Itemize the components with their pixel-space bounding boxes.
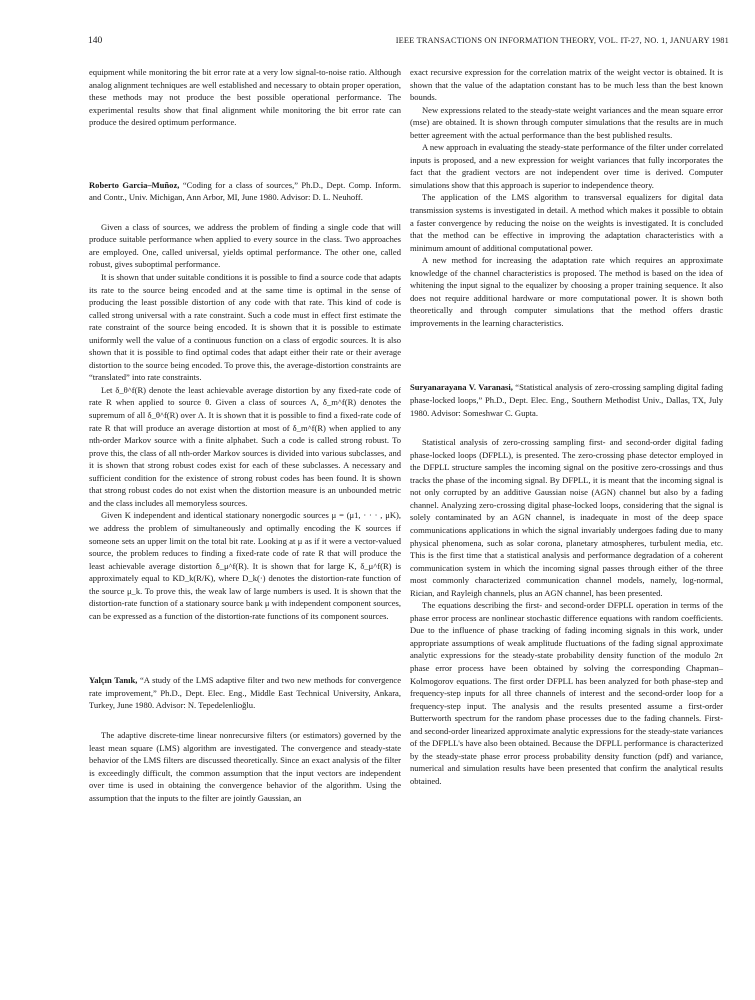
abstract-paragraph: Statistical analysis of zero-crossing sa… [410, 436, 723, 599]
author-name: Yalçın Tanık, [89, 675, 137, 685]
abstract-paragraph: A new approach in evaluating the steady-… [410, 141, 723, 191]
continuation-paragraph: equipment while monitoring the bit error… [89, 66, 401, 129]
abstract-citation: Yalçın Tanık, “A study of the LMS adapti… [89, 674, 401, 712]
abstract-paragraph: Let δ_θ^f(R) denote the least achievable… [89, 384, 401, 509]
author-name: Roberto Garcia–Muñoz, [89, 180, 179, 190]
abstract-paragraph: Given K independent and identical statio… [89, 509, 401, 622]
abstract-paragraph: New expressions related to the steady-st… [410, 104, 723, 142]
journal-running-head: IEEE TRANSACTIONS ON INFORMATION THEORY,… [396, 36, 729, 45]
abstract-paragraph: The application of the LMS algorithm to … [410, 191, 723, 254]
abstract-citation: Suryanarayana V. Varanasi, “Statistical … [410, 381, 723, 419]
abstract-citation: Roberto Garcia–Muñoz, “Coding for a clas… [89, 179, 401, 204]
page-number: 140 [88, 36, 102, 46]
abstract-paragraph: A new method for increasing the adaptati… [410, 254, 723, 329]
right-column: exact recursive expression for the corre… [410, 66, 723, 787]
abstract-paragraph: It is shown that under suitable conditio… [89, 271, 401, 384]
left-column: equipment while monitoring the bit error… [89, 66, 401, 804]
author-name: Suryanarayana V. Varanasi, [410, 382, 513, 392]
abstract-paragraph: The adaptive discrete-time linear nonrec… [89, 729, 401, 804]
abstract-paragraph: The equations describing the first- and … [410, 599, 723, 787]
page-header: 140 IEEE TRANSACTIONS ON INFORMATION THE… [88, 36, 729, 48]
continuation-paragraph: exact recursive expression for the corre… [410, 66, 723, 104]
abstract-paragraph: Given a class of sources, we address the… [89, 221, 401, 271]
